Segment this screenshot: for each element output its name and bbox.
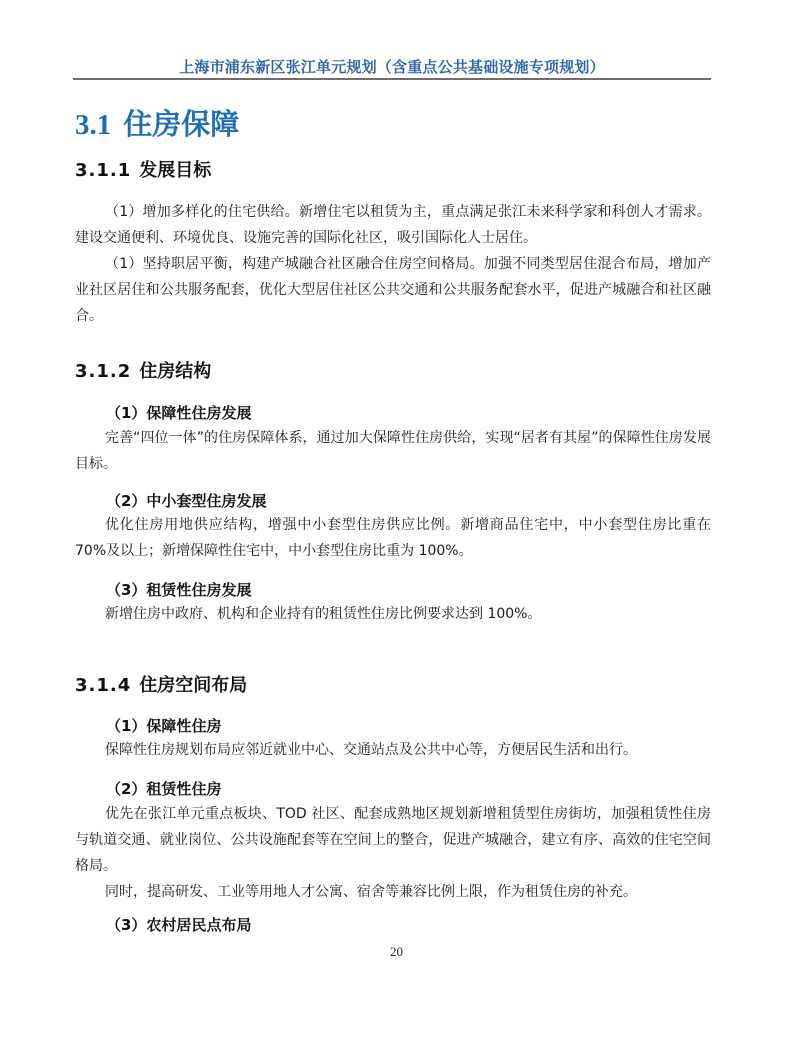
header-rule bbox=[73, 78, 711, 80]
paragraph: 优先在张江单元重点板块、TOD 社区、配套成熟地区规划新增租赁型住房街坊，加强租… bbox=[75, 801, 711, 879]
paragraph: 完善“四位一体”的住房保障体系，通过加大保障性住房供给，实现“居者有其屋”的保障… bbox=[75, 425, 711, 477]
page-number: 20 bbox=[0, 944, 793, 960]
section-number: 3.1.4 bbox=[75, 675, 131, 696]
section-title: 发展目标 bbox=[139, 160, 211, 181]
subsection-heading: （1）保障性住房发展 bbox=[106, 402, 251, 423]
subsection-heading: （3）租赁性住房发展 bbox=[106, 579, 251, 600]
subsection-heading: （2）中小套型住房发展 bbox=[106, 490, 266, 511]
section-number: 3.1.1 bbox=[75, 160, 131, 181]
paragraph: 新增住房中政府、机构和企业持有的租赁性住房比例要求达到 100%。 bbox=[75, 601, 711, 627]
paragraph: 保障性住房规划布局应邻近就业中心、交通站点及公共中心等，方便居民生活和出行。 bbox=[75, 737, 711, 763]
chapter-number: 3.1 bbox=[75, 109, 111, 141]
section-title: 住房空间布局 bbox=[139, 675, 247, 696]
subsection-heading: （2）租赁性住房 bbox=[106, 778, 221, 799]
paragraph: 优化住房用地供应结构，增强中小套型住房供应比例。新增商品住宅中，中小套型住房比重… bbox=[75, 512, 711, 564]
section-heading: 3.1.2住房结构 bbox=[75, 357, 211, 383]
subsection-heading: （3）农村居民点布局 bbox=[106, 914, 251, 935]
paragraph: （1）坚持职居平衡，构建产城融合社区融合住房空间格局。加强不同类型居住混合布局，… bbox=[75, 251, 711, 329]
document-page: 上海市浦东新区张江单元规划（含重点公共基础设施专项规划） 3.1住房保障 3.1… bbox=[0, 0, 793, 1039]
subsection-heading: （1）保障性住房 bbox=[106, 715, 221, 736]
chapter-title-text: 住房保障 bbox=[123, 107, 239, 141]
section-heading: 3.1.1发展目标 bbox=[75, 156, 211, 182]
section-title: 住房结构 bbox=[139, 361, 211, 382]
paragraph: 同时，提高研发、工业等用地人才公寓、宿舍等兼容比例上限，作为租赁住房的补充。 bbox=[75, 879, 711, 905]
running-header: 上海市浦东新区张江单元规划（含重点公共基础设施专项规划） bbox=[73, 56, 711, 77]
section-heading: 3.1.4住房空间布局 bbox=[75, 671, 247, 697]
section-number: 3.1.2 bbox=[75, 361, 131, 382]
paragraph: （1）增加多样化的住宅供给。新增住宅以租赁为主，重点满足张江未来科学家和科创人才… bbox=[75, 199, 711, 251]
chapter-title: 3.1住房保障 bbox=[75, 102, 239, 143]
